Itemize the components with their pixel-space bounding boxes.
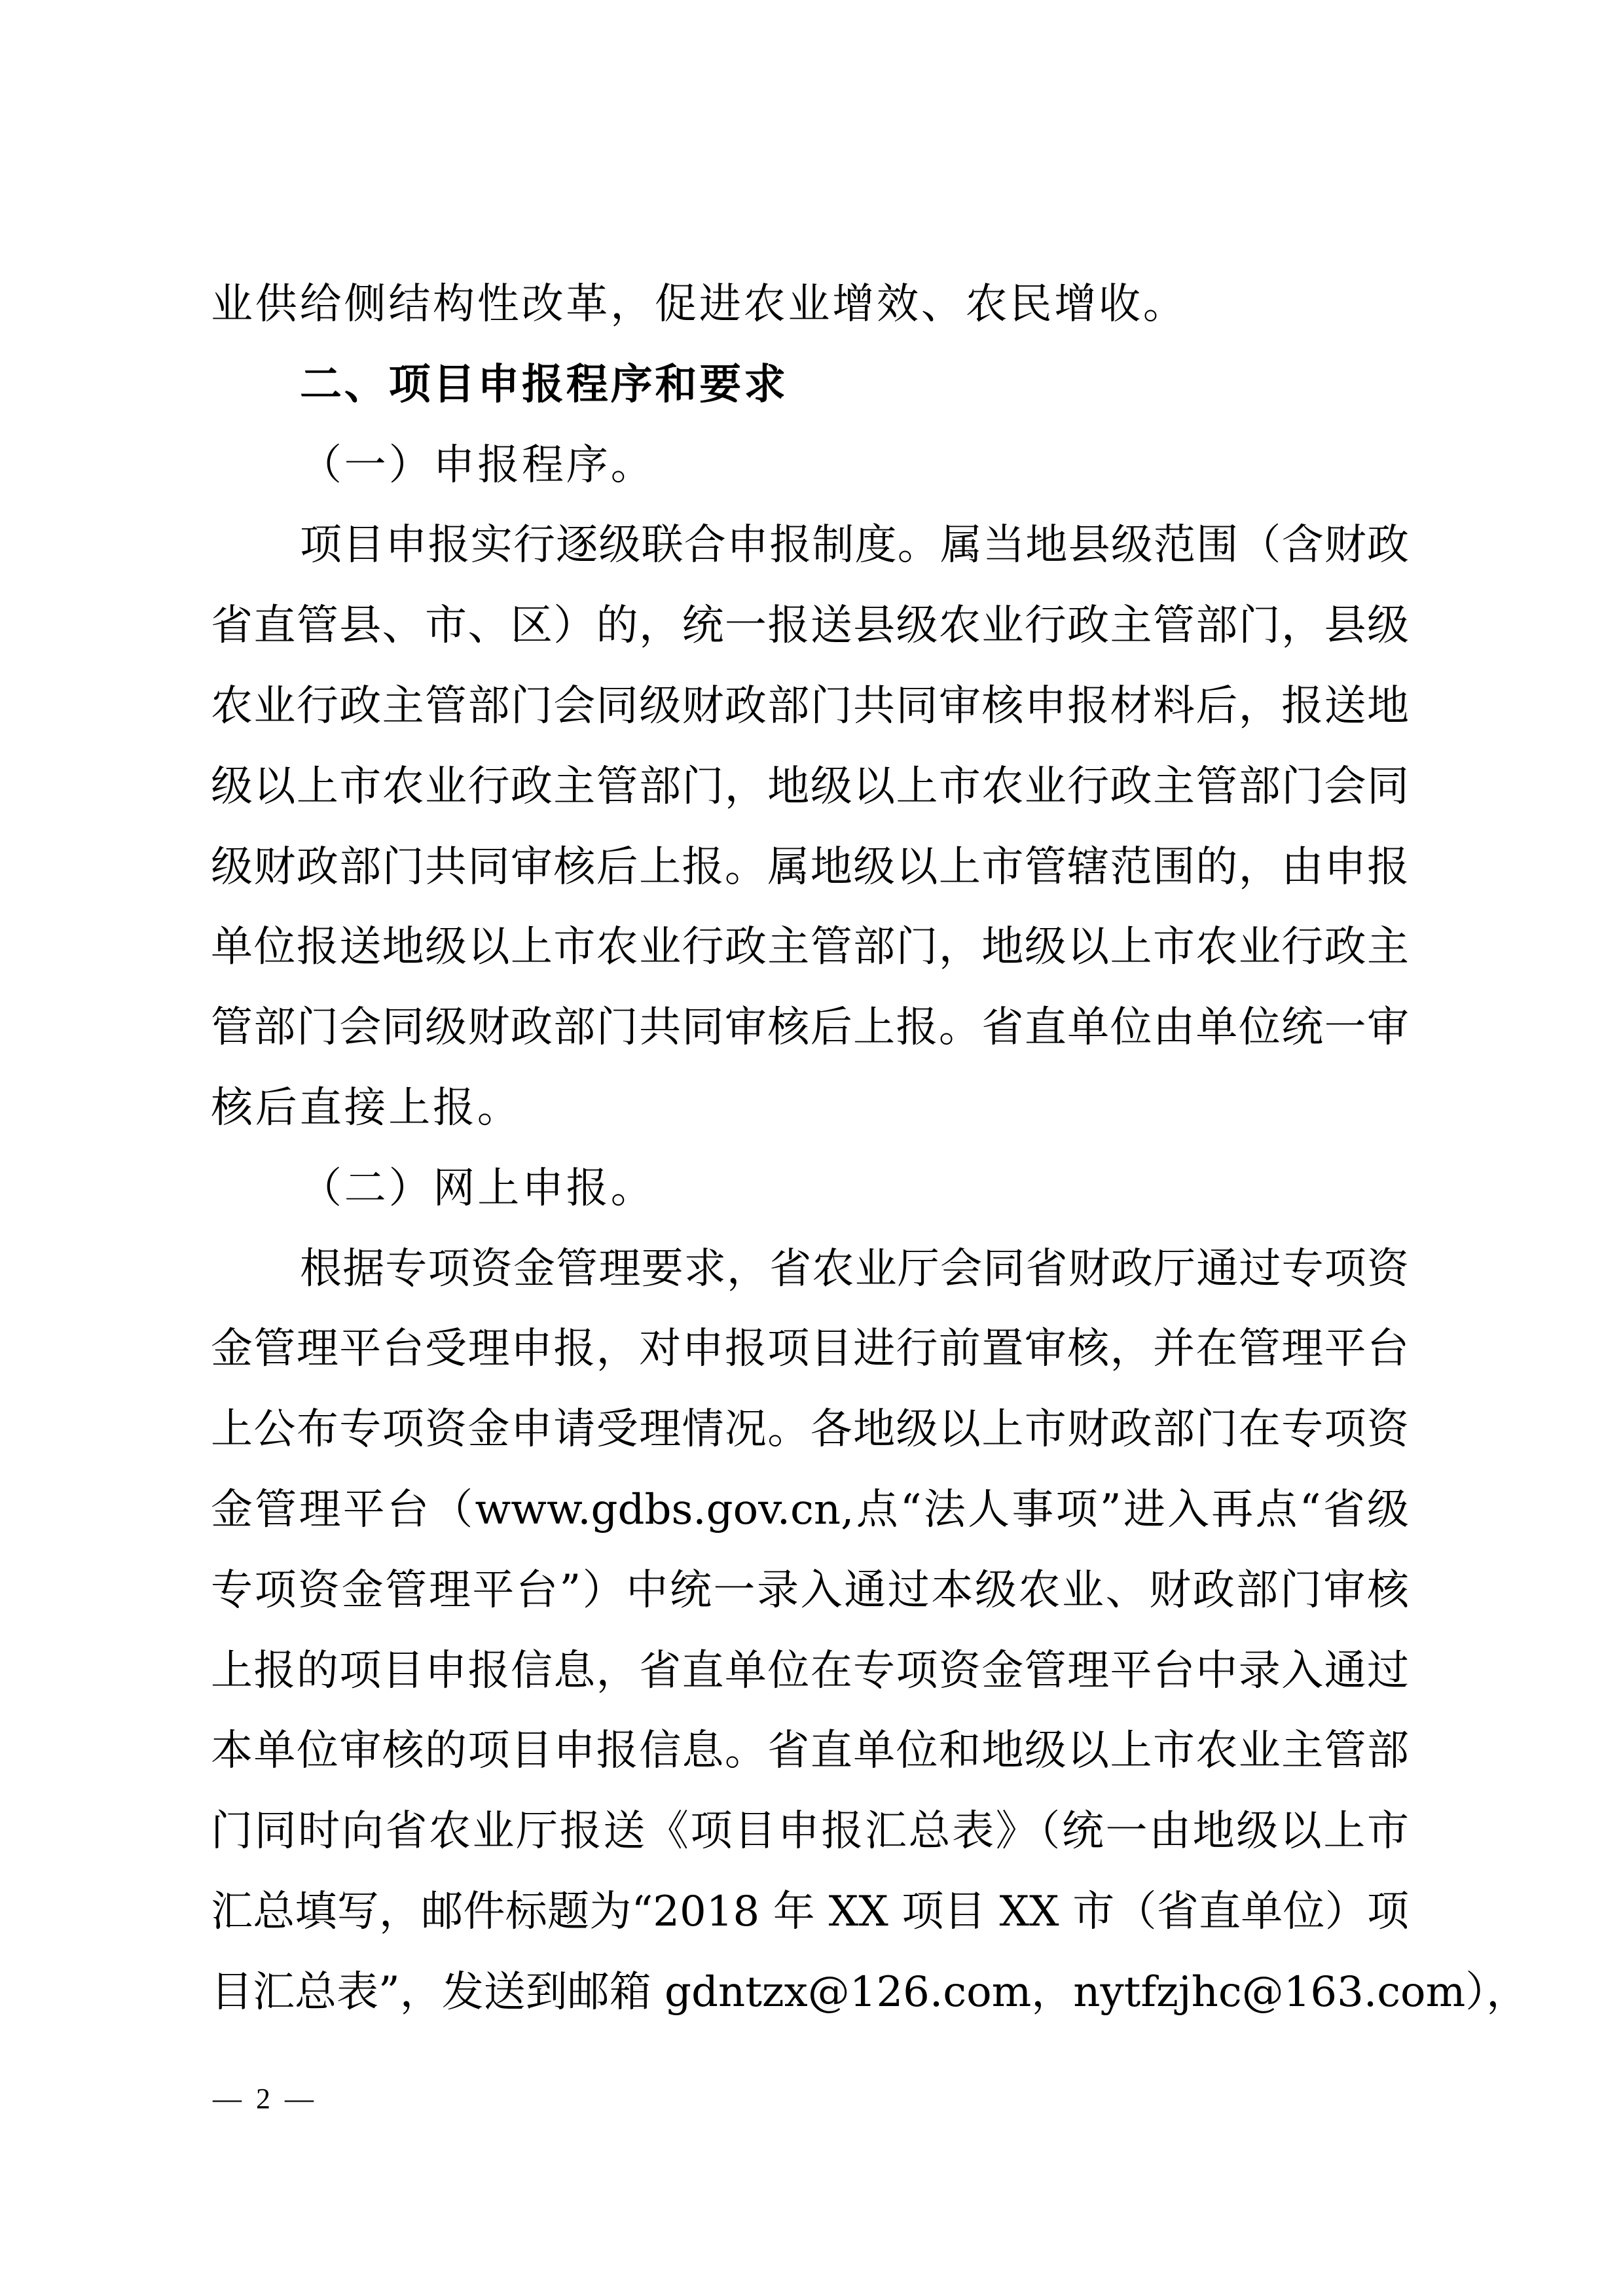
paragraph-line: 上公布专项资金申请受理情况。各地级以上市财政部门在专项资 — [211, 1390, 1409, 1470]
paragraph-line: 金管理平台受理申报，对申报项目进行前置审核，并在管理平台 — [211, 1309, 1409, 1390]
paragraph-line: 级财政部门共同审核后上报。属地级以上市管辖范围的，由申报 — [211, 827, 1409, 908]
paragraph-line: 级以上市农业行政主管部门，地级以上市农业行政主管部门会同 — [211, 747, 1409, 827]
paragraph-line: 管部门会同级财政部门共同审核后上报。省直单位由单位统一审 — [211, 988, 1409, 1068]
document-body: 业供给侧结构性改革，促进农业增效、农民增收。 二、项目申报程序和要求 （一）申报… — [211, 264, 1409, 2033]
paragraph-line: 农业行政主管部门会同级财政部门共同审核申报材料后，报送地 — [211, 666, 1409, 747]
page-number: — 2 — — [213, 2078, 314, 2120]
paragraph-line: 核后直接上报。 — [211, 1068, 1409, 1149]
paragraph-line-url: 金管理平台（www.gdbs.gov.cn,点“法人事项”进入再点“省级 — [211, 1470, 1409, 1551]
paragraph-line: 上报的项目申报信息，省直单位在专项资金管理平台中录入通过 — [211, 1631, 1409, 1712]
subsection-heading-procedure: （一）申报程序。 — [211, 425, 1409, 506]
paragraph-continuation-line: 业供给侧结构性改革，促进农业增效、农民增收。 — [211, 264, 1409, 345]
paragraph-line: 根据专项资金管理要求，省农业厅会同省财政厅通过专项资 — [211, 1229, 1409, 1310]
paragraph-line: 专项资金管理平台”）中统一录入通过本级农业、财政部门审核 — [211, 1551, 1409, 1631]
paragraph-line: 项目申报实行逐级联合申报制度。属当地县级范围（含财政 — [211, 505, 1409, 586]
paragraph-line: 门同时向省农业厅报送《项目申报汇总表》（统一由地级以上市 — [211, 1791, 1409, 1872]
paragraph-line-email: 目汇总表”，发送到邮箱 gdntzx@126.com，nytfzjhc@163.… — [211, 1952, 1409, 2033]
section-heading: 二、项目申报程序和要求 — [211, 345, 1409, 425]
subsection-heading-online: （二）网上申报。 — [211, 1149, 1409, 1229]
paragraph-line: 本单位审核的项目申报信息。省直单位和地级以上市农业主管部 — [211, 1711, 1409, 1791]
paragraph-line: 单位报送地级以上市农业行政主管部门，地级以上市农业行政主 — [211, 907, 1409, 988]
paragraph-line: 汇总填写，邮件标题为“2018 年 XX 项目 XX 市（省直单位）项 — [211, 1872, 1409, 1952]
document-page: 业供给侧结构性改革，促进农业增效、农民增收。 二、项目申报程序和要求 （一）申报… — [0, 0, 1623, 2296]
paragraph-line: 省直管县、市、区）的，统一报送县级农业行政主管部门，县级 — [211, 586, 1409, 666]
